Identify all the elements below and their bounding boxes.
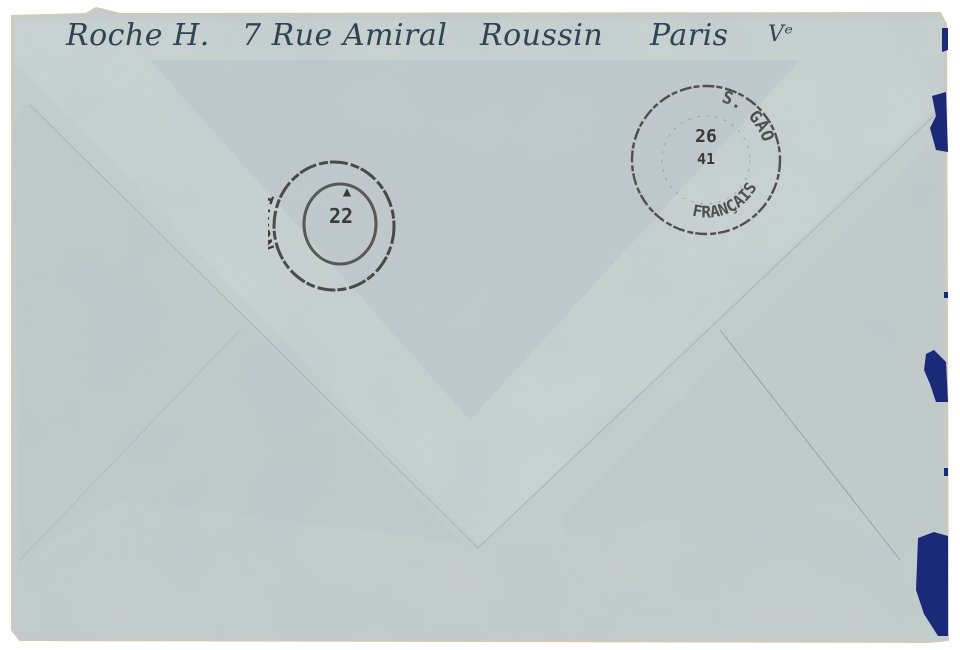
return-address-name: Roche H. xyxy=(66,18,210,53)
postmark-left-mark: ▲ xyxy=(282,184,412,200)
return-address-street: 7 Rue Amiral xyxy=(242,18,447,53)
postmark-left: NORTI ▲ 22 xyxy=(268,150,398,298)
return-address-arrondissement: Vᵉ xyxy=(768,22,793,47)
postmark-gao-year: 41 xyxy=(628,150,784,168)
envelope-body xyxy=(0,0,960,650)
postmark-gao-day: 26 xyxy=(628,126,784,147)
return-address-street-2: Roussin xyxy=(480,18,603,53)
postmark-gao: S. GAO FRANÇAIS 26 41 xyxy=(628,82,784,238)
return-address-city: Paris xyxy=(650,18,729,53)
postmark-left-day: 22 xyxy=(276,204,406,228)
return-address: Roche H. 7 Rue Amiral Roussin Paris Vᵉ xyxy=(66,18,826,68)
envelope-scan: Roche H. 7 Rue Amiral Roussin Paris Vᵉ S… xyxy=(0,0,960,650)
svg-text:FRANÇAIS: FRANÇAIS xyxy=(691,179,761,222)
postmark-gao-rim-bottom: FRANÇAIS xyxy=(691,179,761,222)
